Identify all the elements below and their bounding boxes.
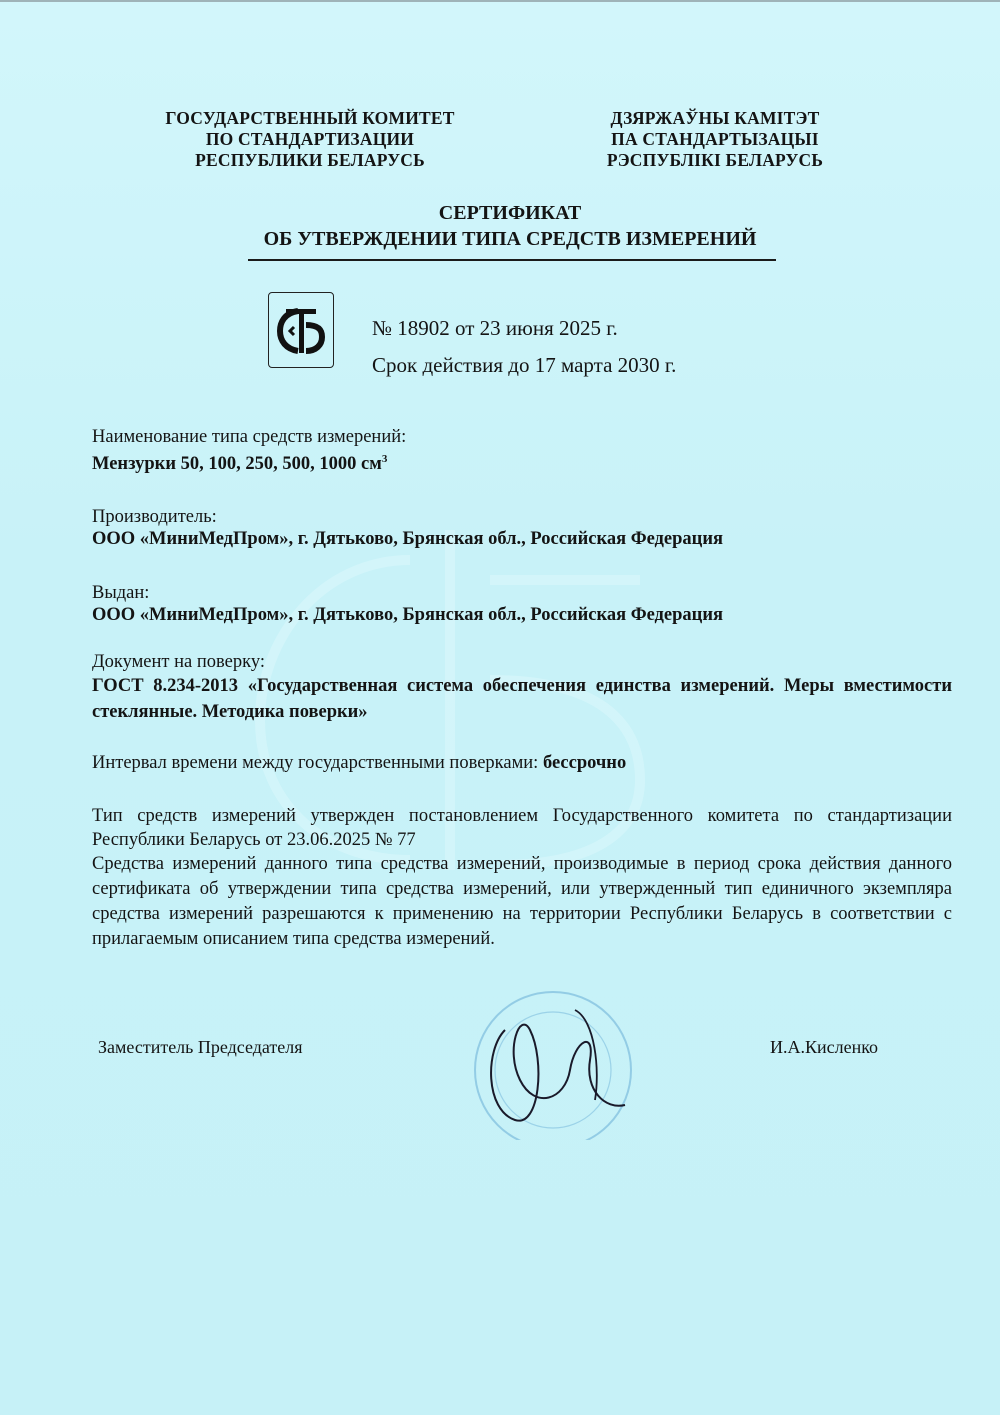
approval-paragraph-1: Тип средств измерений утвержден постанов… [92, 804, 952, 852]
header-ru-line: ГОСУДАРСТВЕННЫЙ КОМИТЕТ [130, 108, 490, 129]
committee-header-by: ДЗЯРЖАЎНЫ КАМІТЭТ ПА СТАНДАРТЫЗАЦЫІ РЭСП… [555, 108, 875, 171]
issued-label: Выдан: [92, 582, 952, 604]
gosstandart-logo-icon [268, 292, 334, 368]
type-name-section: Наименование типа средств измерений: Мен… [92, 426, 952, 475]
certificate-number: № 18902 от 23 июня 2025 г. [372, 316, 618, 341]
title-line-2: ОБ УТВЕРЖДЕНИИ ТИПА СРЕДСТВ ИЗМЕРЕНИЙ [230, 226, 790, 252]
issued-value: ООО «МиниМедПром», г. Дятьково, Брянская… [92, 604, 952, 626]
scan-edge [0, 0, 1000, 2]
official-stamp-icon [445, 990, 645, 1140]
type-name-value: Мензурки 50, 100, 250, 500, 1000 см3 [92, 448, 952, 475]
type-name-label: Наименование типа средств измерений: [92, 426, 952, 448]
handwritten-signature-icon [491, 1025, 625, 1121]
signatory-position: Заместитель Председателя [98, 1037, 303, 1058]
cubic-superscript: 3 [382, 453, 388, 465]
signatory-name: И.А.Кисленко [770, 1037, 878, 1058]
type-name-text: Мензурки 50, 100, 250, 500, 1000 см [92, 454, 382, 474]
title-line-1: СЕРТИФИКАТ [230, 200, 790, 226]
interval-value: бессрочно [543, 753, 626, 773]
verification-doc-value: ГОСТ 8.234-2013 «Государственная система… [92, 673, 952, 725]
header-ru-line: ПО СТАНДАРТИЗАЦИИ [130, 129, 490, 150]
header-by-line: ДЗЯРЖАЎНЫ КАМІТЭТ [555, 108, 875, 129]
issued-section: Выдан: ООО «МиниМедПром», г. Дятьково, Б… [92, 582, 952, 626]
certificate-page: ГОСУДАРСТВЕННЫЙ КОМИТЕТ ПО СТАНДАРТИЗАЦИ… [0, 0, 1000, 1415]
manufacturer-section: Производитель: ООО «МиниМедПром», г. Дят… [92, 506, 952, 550]
interval-label: Интервал времени между государственными … [92, 753, 543, 773]
interval-section: Интервал времени между государственными … [92, 752, 952, 774]
document-title: СЕРТИФИКАТ ОБ УТВЕРЖДЕНИИ ТИПА СРЕДСТВ И… [230, 200, 790, 252]
approval-paragraph-2: Средства измерений данного типа средства… [92, 852, 952, 952]
manufacturer-label: Производитель: [92, 506, 952, 528]
header-ru-line: РЕСПУБЛИКИ БЕЛАРУСЬ [130, 150, 490, 171]
certificate-validity: Срок действия до 17 марта 2030 г. [372, 353, 676, 378]
manufacturer-value: ООО «МиниМедПром», г. Дятьково, Брянская… [92, 528, 952, 550]
header-by-line: РЭСПУБЛІКІ БЕЛАРУСЬ [555, 150, 875, 171]
verification-doc-section: Документ на поверку: ГОСТ 8.234-2013 «Го… [92, 651, 952, 725]
title-divider [248, 259, 776, 261]
header-by-line: ПА СТАНДАРТЫЗАЦЫІ [555, 129, 875, 150]
committee-header-ru: ГОСУДАРСТВЕННЫЙ КОМИТЕТ ПО СТАНДАРТИЗАЦИ… [130, 108, 490, 171]
verification-doc-label: Документ на поверку: [92, 651, 952, 673]
